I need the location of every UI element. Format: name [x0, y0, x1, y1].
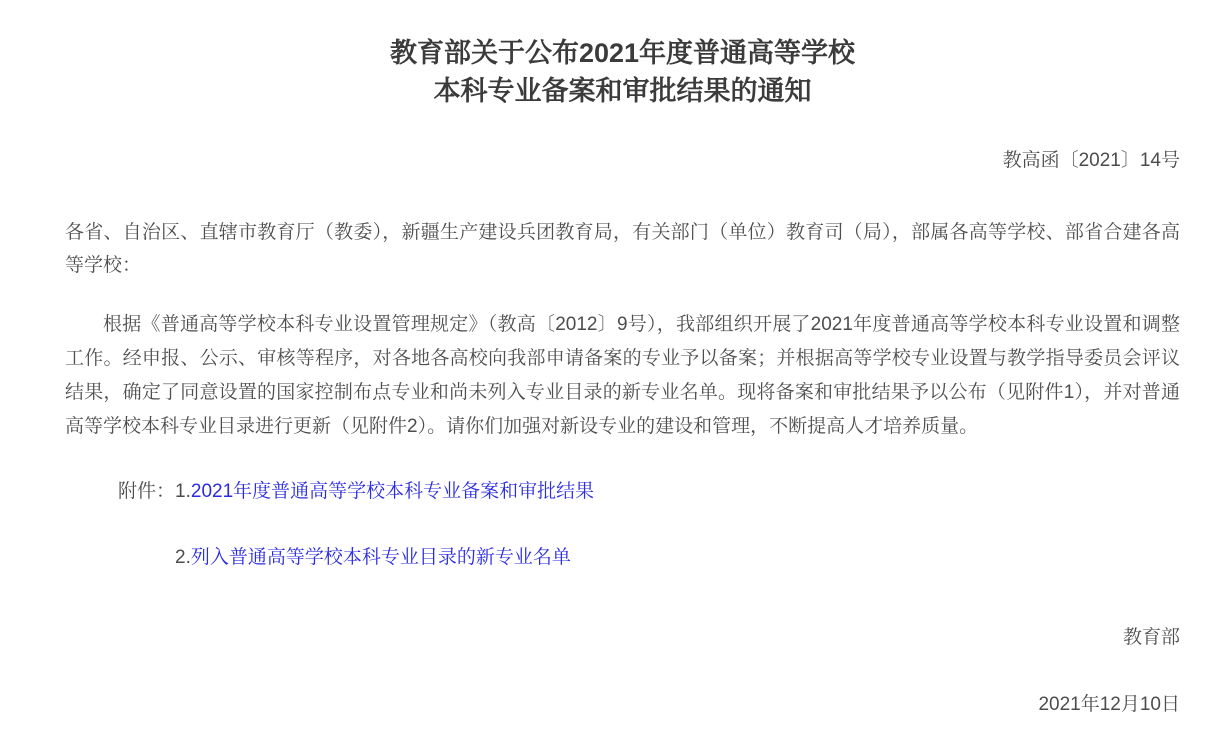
document-number: 教高函〔2021〕14号	[65, 150, 1180, 172]
attachment-line-2: 2.列入普通高等学校本科专业目录的新专业名单	[65, 546, 1180, 570]
title-line-1: 教育部关于公布2021年度普通高等学校	[390, 38, 855, 68]
signer: 教育部	[65, 622, 1180, 649]
attachment-1-link[interactable]: 2021年度普通高等学校本科专业备案和审批结果	[191, 481, 594, 502]
attachment-line-1: 附件：1.2021年度普通高等学校本科专业备案和审批结果	[65, 480, 1180, 504]
body-paragraph: 根据《普通高等学校本科专业设置管理规定》（教高〔2012〕9号），我部组织开展了…	[65, 308, 1180, 444]
document-title: 教育部关于公布2021年度普通高等学校 本科专业备案和审批结果的通知	[65, 0, 1180, 110]
attachment-1-number: 1.	[175, 481, 191, 502]
attachment-2-number: 2.	[175, 547, 191, 568]
attachment-2-link[interactable]: 列入普通高等学校本科专业目录的新专业名单	[191, 547, 571, 568]
salutation: 各省、自治区、直辖市教育厅（教委），新疆生产建设兵团教育局，有关部门（单位）教育…	[65, 216, 1180, 282]
date: 2021年12月10日	[65, 689, 1180, 716]
attachments-label: 附件：	[118, 481, 175, 502]
notice-document: 教育部关于公布2021年度普通高等学校 本科专业备案和审批结果的通知 教高函〔2…	[65, 0, 1180, 716]
title-line-2: 本科专业备案和审批结果的通知	[434, 76, 812, 106]
